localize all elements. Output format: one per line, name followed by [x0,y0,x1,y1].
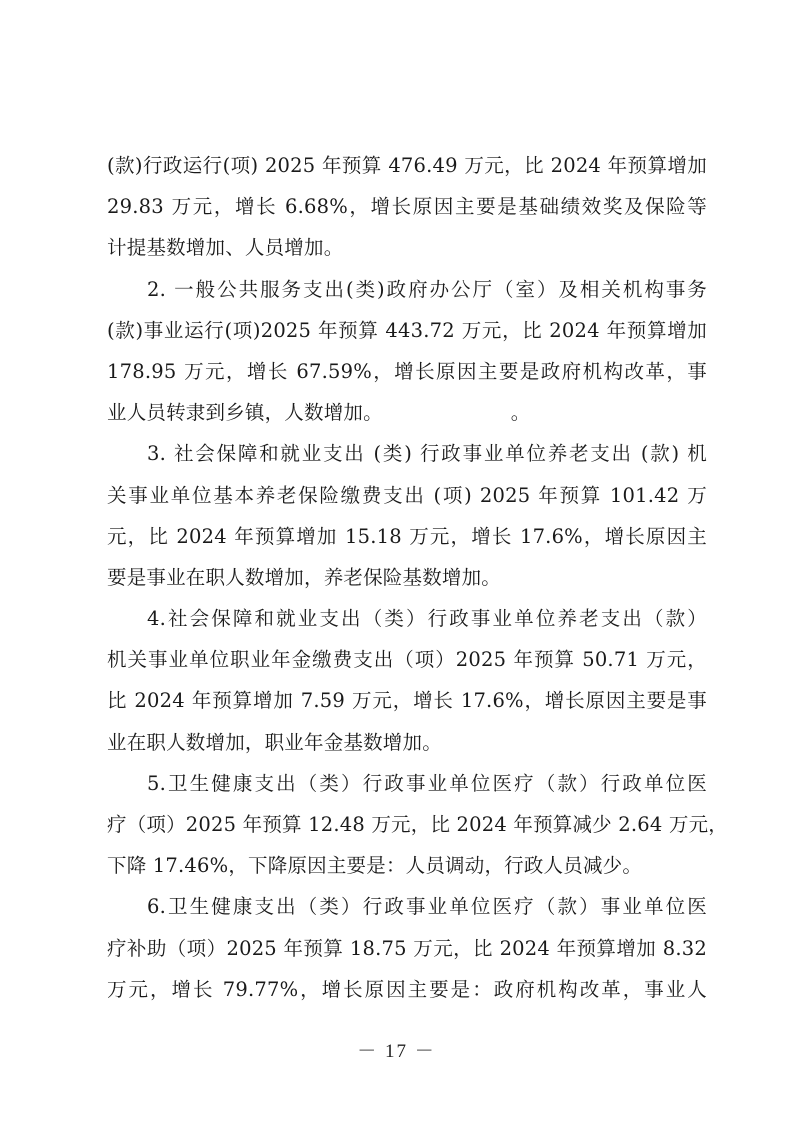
text-line: 疗（项）2025 年预算 12.48 万元，比 2024 年预算减少 2.64 … [107,804,707,845]
text-line: 178.95 万元，增长 67.59%，增长原因主要是政府机构改革，事 [107,351,707,392]
text-line: 2. 一般公共服务支出(类)政府办公厅（室）及相关机构事务 [107,269,707,310]
paragraph-item-2: 2. 一般公共服务支出(类)政府办公厅（室）及相关机构事务 (款)事业运行(项)… [107,269,707,434]
text-line: 6.卫生健康支出（类）行政事业单位医疗（款）事业单位医 [107,886,707,927]
text-line: (款)行政运行(项) 2025 年预算 476.49 万元，比 2024 年预算… [107,145,707,186]
text-line: 3. 社会保障和就业支出 (类) 行政事业单位养老支出 (款) 机 [107,433,707,474]
paragraph-item-6: 6.卫生健康支出（类）行政事业单位医疗（款）事业单位医 疗补助（项）2025 年… [107,886,707,1010]
text-line: 机关事业单位职业年金缴费支出（项）2025 年预算 50.71 万元， [107,639,707,680]
text-line: 比 2024 年预算增加 7.59 万元，增长 17.6%，增长原因主要是事 [107,680,707,721]
paragraph-item-4: 4.社会保障和就业支出（类）行政事业单位养老支出（款） 机关事业单位职业年金缴费… [107,598,707,763]
text-line: 业在职人数增加，职业年金基数增加。 [107,722,707,763]
document-page: (款)行政运行(项) 2025 年预算 476.49 万元，比 2024 年预算… [0,0,793,1122]
text-line: 要是事业在职人数增加，养老保险基数增加。 [107,557,707,598]
text-line: (款)事业运行(项)2025 年预算 443.72 万元，比 2024 年预算增… [107,310,707,351]
text-line: 关事业单位基本养老保险缴费支出 (项) 2025 年预算 101.42 万 [107,475,707,516]
text-line: 下降 17.46%，下降原因主要是：人员调动，行政人员减少。 [107,845,707,886]
document-body: (款)行政运行(项) 2025 年预算 476.49 万元，比 2024 年预算… [107,145,707,1010]
text-line: 29.83 万元，增长 6.68%，增长原因主要是基础绩效奖及保险等 [107,186,707,227]
paragraph-item-1-continued: (款)行政运行(项) 2025 年预算 476.49 万元，比 2024 年预算… [107,145,707,269]
text-line: 计提基数增加、人员增加。 [107,227,707,268]
paragraph-item-3: 3. 社会保障和就业支出 (类) 行政事业单位养老支出 (款) 机 关事业单位基… [107,433,707,598]
text-line: 5.卫生健康支出（类）行政事业单位医疗（款）行政单位医 [107,763,707,804]
paragraph-item-5: 5.卫生健康支出（类）行政事业单位医疗（款）行政单位医 疗（项）2025 年预算… [107,763,707,887]
text-line: 疗补助（项）2025 年预算 18.75 万元，比 2024 年预算增加 8.3… [107,928,707,969]
text-line: 万元，增长 79.77%，增长原因主要是：政府机构改革，事业人 [107,969,707,1010]
page-number: － 17 － [0,1036,793,1063]
text-line: 4.社会保障和就业支出（类）行政事业单位养老支出（款） [107,598,707,639]
text-line: 元，比 2024 年预算增加 15.18 万元，增长 17.6%，增长原因主 [107,516,707,557]
text-line: 业人员转隶到乡镇，人数增加。 。 [107,392,707,433]
